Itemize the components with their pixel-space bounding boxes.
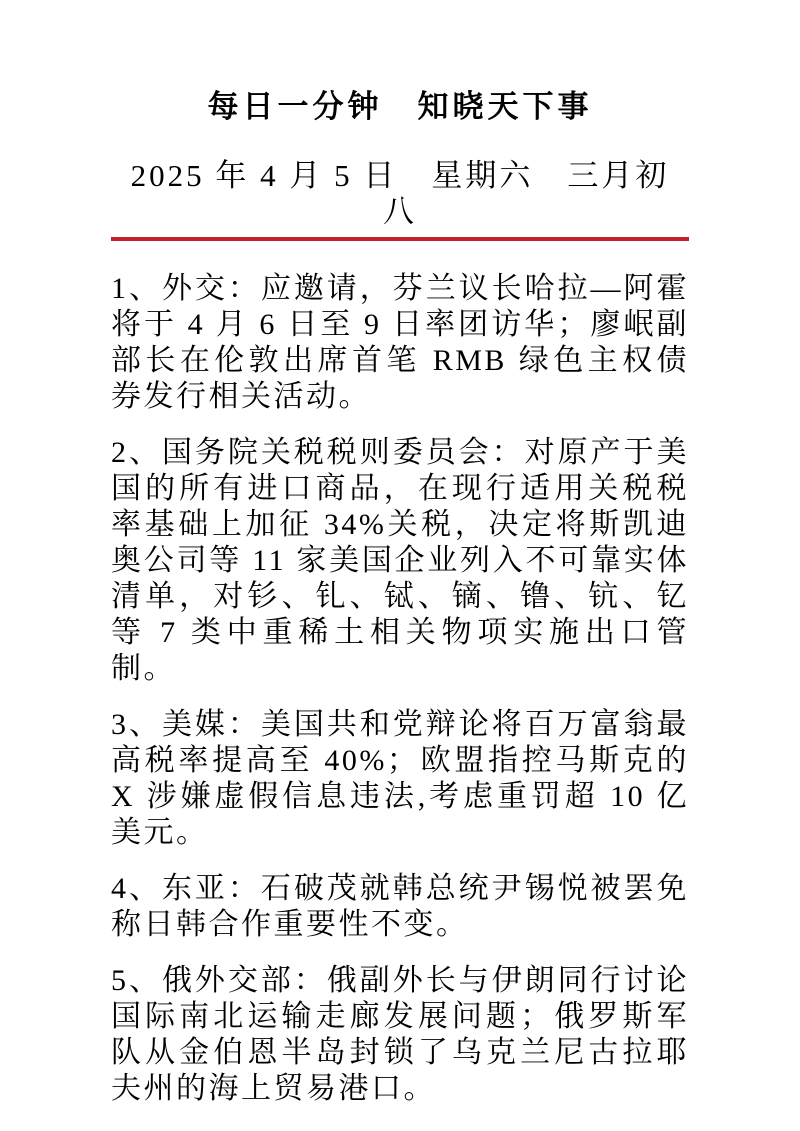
date-line-underlined: 2025 年 4 月 5 日 星期六 三月初八 bbox=[111, 158, 689, 241]
page-title: 每日一分钟 知晓天下事 bbox=[111, 88, 689, 126]
document-page: 每日一分钟 知晓天下事 2025 年 4 月 5 日 星期六 三月初八 1、外交… bbox=[111, 0, 689, 1107]
news-item-2-tariff-commission: 2、国务院关税税则委员会：对原产于美国的所有进口商品，在现行适用关税税率基础上加… bbox=[111, 435, 689, 687]
date-row: 2025 年 4 月 5 日 星期六 三月初八 bbox=[111, 158, 689, 241]
news-item-1-diplomacy: 1、外交：应邀请，芬兰议长哈拉—阿霍将于 4 月 6 日至 9 日率团访华；廖岷… bbox=[111, 271, 689, 415]
news-item-3-us-media: 3、美媒：美国共和党辩论将百万富翁最高税率提高至 40%；欧盟指控马斯克的 X … bbox=[111, 707, 689, 851]
news-item-4-east-asia: 4、东亚：石破茂就韩总统尹锡悦被罢免称日韩合作重要性不变。 bbox=[111, 871, 689, 943]
news-item-5-russia-mfa: 5、俄外交部：俄副外长与伊朗同行讨论国际南北运输走廊发展问题；俄罗斯军队从金伯恩… bbox=[111, 963, 689, 1107]
news-list: 1、外交：应邀请，芬兰议长哈拉—阿霍将于 4 月 6 日至 9 日率团访华；廖岷… bbox=[111, 271, 689, 1107]
